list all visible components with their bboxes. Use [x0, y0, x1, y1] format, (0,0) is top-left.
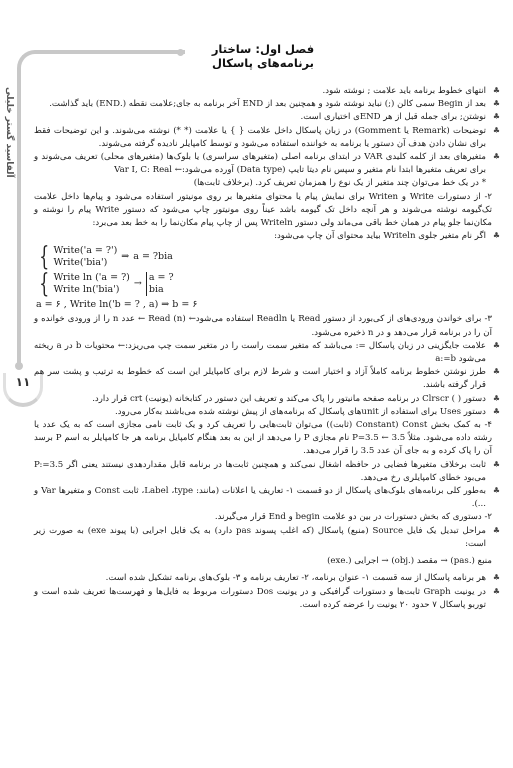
bullet-icon: ♣ — [493, 232, 500, 240]
bullet-icon: ♣ — [493, 487, 500, 495]
frame-decoration-top — [17, 50, 185, 76]
bullet-icon: ♣ — [493, 127, 500, 135]
arrow-icon: → — [134, 278, 142, 290]
paragraph: ۴- به کمک بخش Const (Constant (ثابت)) می… — [34, 419, 500, 459]
formula-section: { Write('a = ?') Write('bia') ⇒ a = ?bia… — [34, 245, 500, 311]
list-item: ♣مراحل تبدیل یک فایل Source (منبع) پاسکا… — [34, 525, 500, 551]
frame-decoration-left — [17, 70, 21, 365]
bullet-icon: ♣ — [493, 395, 500, 403]
compile-pipeline: منبع (.pas) → مقصد (.obj) → اجرایی (.exe… — [34, 555, 500, 568]
list-item: ♣طرز نوشتن خطوط برنامه کاملاً آزاد و اخت… — [34, 366, 500, 392]
frame-dot — [177, 49, 184, 56]
bullet-icon: ♣ — [493, 574, 500, 582]
formula-line: a = ۶ , Write ln('b = ? , a) ⇒ b = ۶ — [36, 299, 500, 311]
implies-arrow-icon: ⇒ — [121, 251, 129, 263]
list-item: ♣در یونیت Graph ثابت‌ها و دستورات گرافیک… — [34, 586, 500, 612]
bullet-icon: ♣ — [493, 368, 500, 376]
note: * در یک خط می‌توان چند متغیر از یک نوع ر… — [34, 177, 500, 190]
bullet-icon: ♣ — [493, 588, 500, 596]
paragraph: ۲- دستوری که بخش دستورات در بین دو علامت… — [34, 511, 500, 524]
paragraph: ۳- برای خواندن ورودی‌های از کی‌بورد از د… — [34, 313, 500, 339]
list-item: ♣علامت جایگزینی در زبان پاسکال =: می‌باش… — [34, 340, 500, 366]
brace-icon: { — [39, 272, 49, 296]
list-item: ♣بعد از Begin سمی کالن (;) نباید نوشته ش… — [34, 98, 500, 111]
bullet-icon: ♣ — [493, 100, 500, 108]
formula-write: { Write('a = ?') Write('bia') ⇒ a = ?bia — [36, 245, 500, 269]
list-item: ♣دستور ( ) Clrscr در برنامه صفحه مانیتور… — [34, 393, 500, 406]
list-item: ♣توضیحات (Remark یا Gomment) در زبان پاس… — [34, 125, 500, 151]
list-item: ♣هر برنامه پاسکال از سه قسمت ۱- عنوان بر… — [34, 572, 500, 585]
list-item: ♣به‌طور کلی برنامه‌های بلوک‌های پاسکال ا… — [34, 485, 500, 511]
bullet-icon: ♣ — [493, 87, 500, 95]
formula-writeln: { Write ln ('a = ?) Write ln('bia') → a … — [36, 272, 500, 296]
side-label: آلفاسید گستر خلیلی — [2, 72, 14, 192]
brace-icon: { — [39, 245, 49, 269]
frame-dot-bottom — [15, 362, 23, 370]
chapter-title: فصل اول: ساختار برنامه‌های پاسکال — [188, 42, 338, 70]
bullet-icon: ♣ — [493, 408, 500, 416]
bullet-icon: ♣ — [493, 342, 500, 350]
page-body: ♣انتهای خطوط برنامه باید علامت ; نوشته ش… — [34, 85, 500, 612]
bullet-icon: ♣ — [493, 153, 500, 161]
paragraph: ۲- از دستورات Write و Writen برای نمایش … — [34, 191, 500, 231]
list-item: ♣اگر نام متغیر جلوی Writeln بیاید محتوای… — [34, 230, 500, 243]
list-item: ♣متغیرهای بعد از کلمه کلیدی VAR در ابتدا… — [34, 151, 500, 177]
list-item: ♣نوشتن; برای جمله قبل از هر ENDی اختیاری… — [34, 111, 500, 124]
list-item: ♣دستور Uses برای استفاده از unitهای پاسک… — [34, 406, 500, 419]
list-item: ♣ثابت برخلاف متغیرها فضایی در حافظه اشغا… — [34, 459, 500, 485]
bullet-icon: ♣ — [493, 113, 500, 121]
bullet-icon: ♣ — [493, 461, 500, 469]
bullet-icon: ♣ — [493, 527, 500, 535]
list-item: ♣انتهای خطوط برنامه باید علامت ; نوشته ش… — [34, 85, 500, 98]
